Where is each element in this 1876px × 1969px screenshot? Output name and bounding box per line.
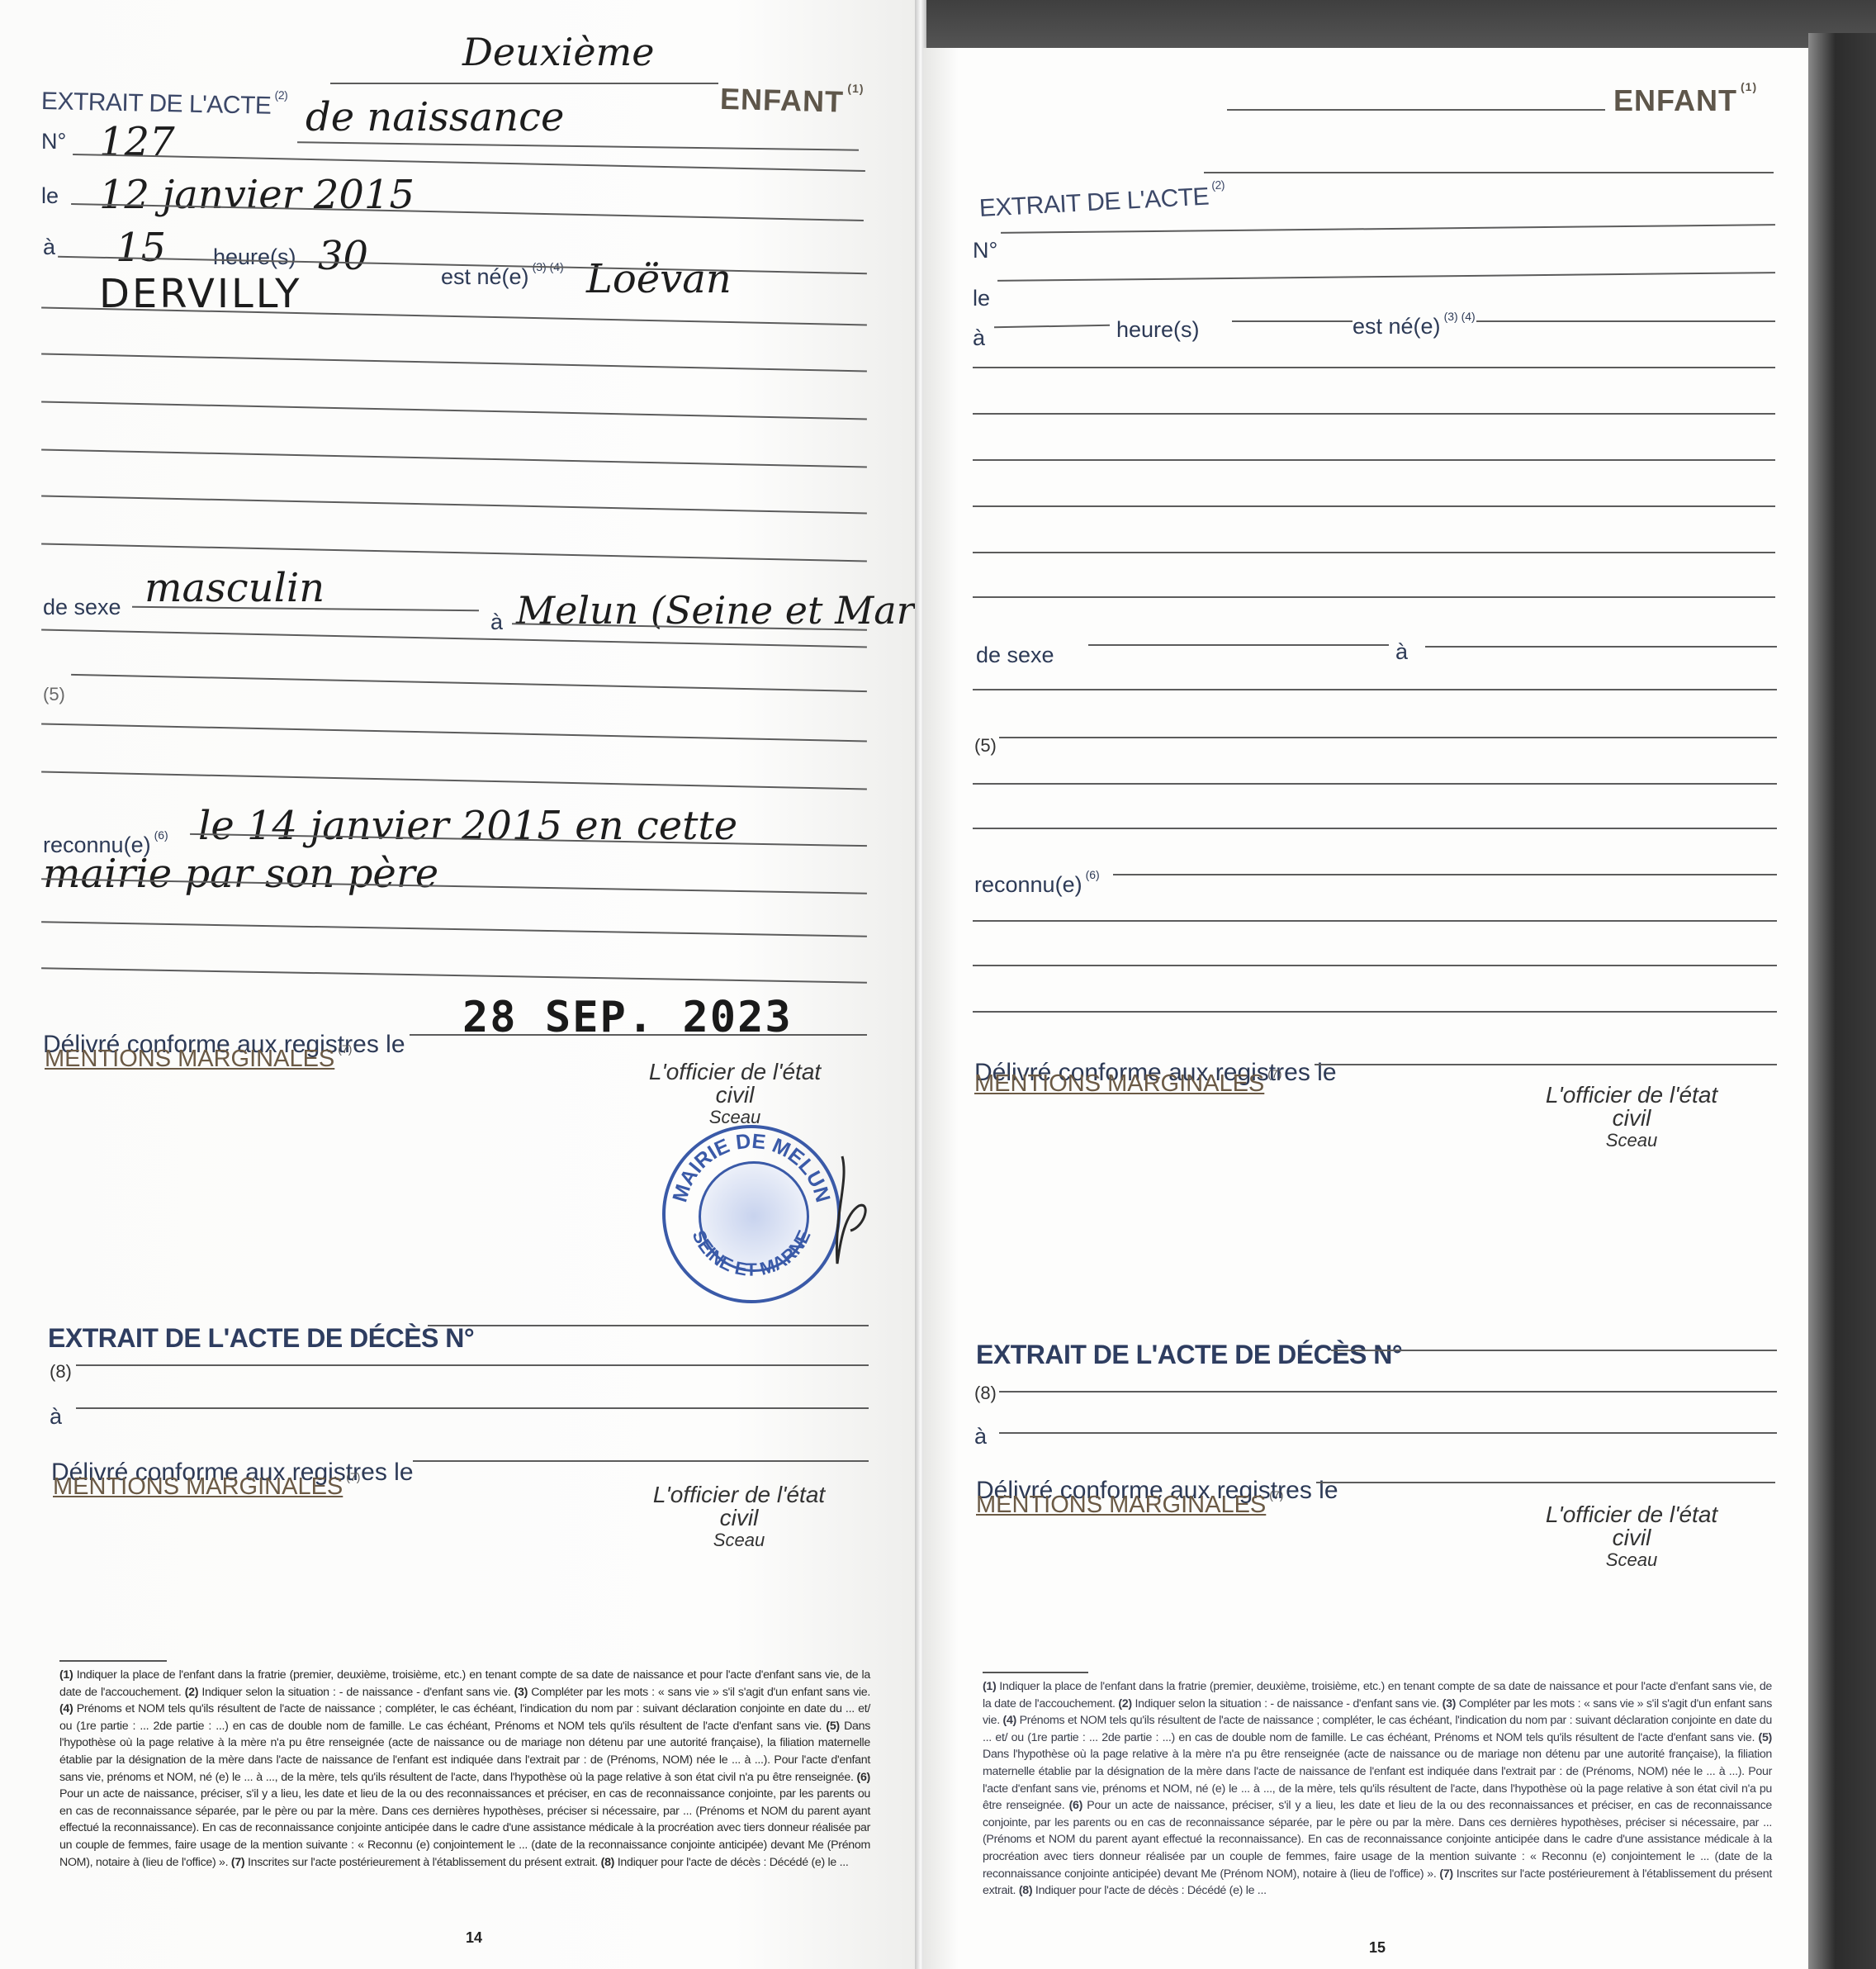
deces-officer-block-right: L'officier de l'état civil Sceau [1524, 1503, 1739, 1569]
reconnu-value-line1: le 14 janvier 2015 en cette [198, 806, 737, 846]
footnote-number: (5) [1759, 1731, 1772, 1744]
mairie-seal: MAIRIE DE MELUN SEINE ET MARNE [662, 1125, 841, 1303]
form-line [41, 496, 867, 515]
form-line [297, 141, 859, 150]
footnote-number: (1) [59, 1668, 73, 1682]
heures-label-right: heure(s) [1116, 319, 1200, 341]
delivery-date-stamp: 28 SEP. 2023 [462, 996, 793, 1039]
date-row: le [41, 185, 59, 207]
page-number-right: 15 [1369, 1939, 1386, 1957]
form-line [973, 965, 1777, 966]
sexe-row: de sexe [43, 596, 121, 619]
time-row-right: à [973, 327, 985, 349]
deces-mentions-marginales-left: MENTIONS MARGINALES(7) [53, 1475, 360, 1499]
footnote-text: Prénoms et NOM tels qu'ils résultent de … [983, 1714, 1772, 1744]
form-line [428, 1325, 869, 1326]
form-line [973, 1011, 1777, 1013]
form-line [71, 674, 867, 692]
time-row: à [43, 236, 55, 259]
deces-a-row: à [50, 1406, 62, 1428]
form-line [41, 543, 867, 562]
prenom-value: Loëvan [586, 259, 732, 299]
form-line [973, 413, 1775, 415]
sexe-value: masculin [144, 568, 325, 608]
rank-line [1227, 109, 1605, 111]
form-line [999, 1391, 1777, 1393]
form-line [1001, 224, 1775, 234]
footnote-number: (2) [185, 1686, 198, 1699]
form-line [413, 1460, 869, 1462]
footnote-rule [59, 1660, 167, 1662]
deces-heading-row: EXTRAIT DE L'ACTE DE DÉCÈS N° [48, 1325, 474, 1351]
form-line [973, 828, 1777, 829]
extrait-row-right: EXTRAIT DE L'ACTE(2) [978, 183, 1225, 221]
mentions-marginales-right: MENTIONS MARGINALES(7) [974, 1072, 1281, 1096]
signature-icon [826, 1148, 875, 1272]
form-line [76, 1407, 869, 1409]
extrait-value: de naissance [306, 97, 564, 137]
lieu-label: à [490, 611, 503, 633]
form-line [1425, 646, 1777, 648]
est-ne-label-right: est né(e)(3) (4) [1353, 316, 1476, 338]
form-line [1476, 320, 1775, 322]
note5-row: (5) [43, 686, 65, 704]
rank-handwritten: Deuxième [462, 33, 654, 71]
footnote-number: (6) [857, 1771, 870, 1784]
form-line [999, 1432, 1777, 1434]
form-line [76, 1364, 869, 1366]
footnote-number: (8) [601, 1856, 614, 1869]
rank-line [330, 83, 718, 84]
footnote-rule [983, 1672, 1088, 1673]
form-line [41, 921, 867, 937]
deces-heading-row-right: EXTRAIT DE L'ACTE DE DÉCÈS N° [976, 1341, 1402, 1368]
footnote-number: (3) [514, 1686, 528, 1699]
numero-row-right: N° [973, 240, 997, 262]
form-line [1331, 1350, 1777, 1351]
footnote-text: Indiquer pour l'acte de décès : Décédé (… [614, 1856, 848, 1869]
footnote-number: (4) [59, 1702, 73, 1715]
deces-note8-row: (8) [50, 1363, 72, 1381]
sexe-row-right: de sexe [976, 644, 1054, 667]
mentions-marginales-left: MENTIONS MARGINALES(7) [45, 1047, 352, 1071]
footnotes-left: (1) Indiquer la place de l'enfant dans l… [59, 1667, 870, 1871]
form-line [41, 967, 867, 983]
form-line [41, 771, 867, 790]
est-ne-label: est né(e)(3) (4) [441, 266, 564, 288]
hour-value: 15 [116, 228, 166, 268]
extrait-label: EXTRAIT DE L'ACTE(2) [41, 89, 288, 119]
footnote-text: Indiquer selon la situation : - de naiss… [198, 1686, 514, 1699]
form-line [973, 596, 1775, 598]
seal-text-icon: MAIRIE DE MELUN SEINE ET MARNE [666, 1128, 837, 1300]
date-row-right: le [973, 287, 990, 310]
footnote-number: (5) [826, 1720, 839, 1733]
form-line [1088, 644, 1389, 646]
form-line [41, 724, 867, 743]
form-line [973, 920, 1777, 922]
left-page: Deuxième ENFANT(1) EXTRAIT DE L'ACTE(2) … [0, 0, 918, 1969]
footnote-number: (8) [1019, 1884, 1032, 1897]
deces-mentions-marginales-right: MENTIONS MARGINALES(7) [976, 1493, 1283, 1517]
form-line [997, 272, 1775, 282]
footnote-number: (2) [1118, 1697, 1131, 1710]
footnote-number: (1) [983, 1680, 996, 1693]
reconnu-row-right: reconnu(e)(6) [974, 874, 1100, 896]
svg-text:MAIRIE DE MELUN: MAIRIE DE MELUN [668, 1130, 834, 1205]
footnote-text: Inscrites sur l'acte postérieurement à l… [244, 1856, 600, 1869]
form-line [999, 737, 1777, 738]
form-line [41, 353, 867, 372]
lieu-label-right: à [1395, 641, 1408, 663]
form-line [1315, 1064, 1777, 1065]
footnote-number: (6) [1069, 1799, 1082, 1812]
form-line [973, 552, 1775, 553]
form-line [994, 325, 1110, 328]
form-line [1316, 1482, 1775, 1483]
note5-row-right: (5) [974, 737, 997, 755]
numero-row: N° [41, 130, 66, 153]
svg-text:SEINE ET MARNE: SEINE ET MARNE [688, 1227, 814, 1280]
footnote-text: Prénoms et NOM tels qu'ils résultent de … [59, 1702, 870, 1733]
form-line [973, 689, 1777, 690]
right-page: ENFANT(1) EXTRAIT DE L'ACTE(2) N° le à h… [923, 48, 1808, 1969]
footnote-text: Indiquer pour l'acte de décès : Décédé (… [1032, 1884, 1266, 1897]
footnote-number: (3) [1443, 1697, 1456, 1710]
form-line [973, 367, 1775, 368]
form-line [1232, 320, 1353, 322]
form-line [41, 449, 867, 468]
footnotes-right: (1) Indiquer la place de l'enfant dans l… [983, 1678, 1772, 1900]
deces-a-row-right: à [974, 1426, 987, 1448]
booklet-cover-edge [1808, 33, 1876, 1969]
form-line [41, 401, 867, 420]
form-line [973, 505, 1775, 507]
footnote-number: (4) [1003, 1714, 1016, 1727]
officer-block: L'officier de l'état civil Sceau [628, 1060, 842, 1127]
form-line [973, 783, 1777, 785]
heures-label: heure(s) [213, 246, 296, 268]
reconnu-value-line2: mairie par son père [43, 854, 438, 894]
footnote-number: (7) [231, 1856, 244, 1869]
footnote-text: Compléter par les mots : « sans vie » s'… [528, 1686, 870, 1699]
officer-block-right: L'officier de l'état civil Sceau [1524, 1084, 1739, 1150]
form-line [973, 459, 1775, 461]
footnote-number: (7) [1439, 1867, 1452, 1881]
form-line [1204, 172, 1774, 173]
form-line [1113, 874, 1777, 875]
footnote-text: Indiquer selon la situation : - de naiss… [1132, 1697, 1443, 1710]
form-line [73, 154, 865, 172]
deces-note8-row-right: (8) [974, 1384, 997, 1402]
deces-officer-block: L'officier de l'état civil Sceau [632, 1483, 846, 1549]
minutes-value: 30 [318, 236, 368, 276]
page-number-left: 14 [466, 1929, 482, 1947]
enfant-heading-right: ENFANT(1) [1613, 86, 1757, 116]
